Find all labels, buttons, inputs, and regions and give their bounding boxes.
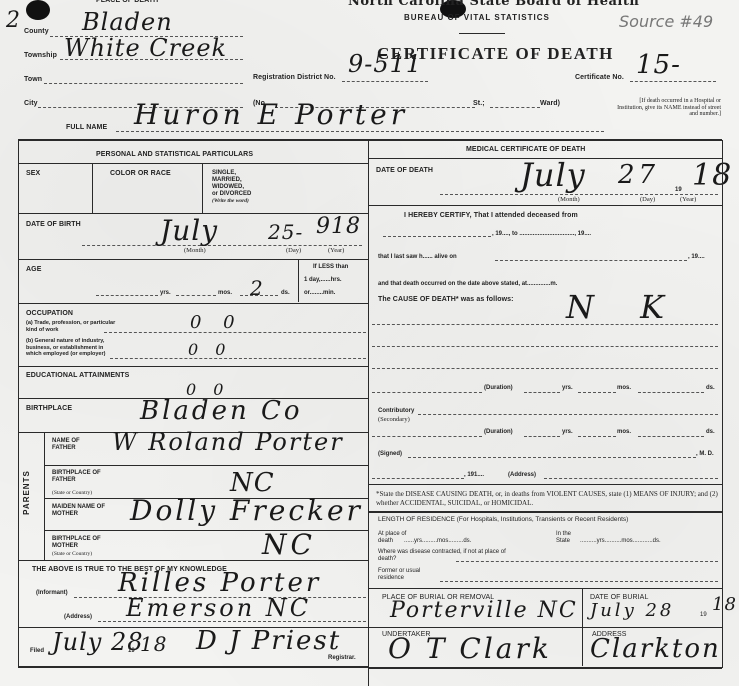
personal-section-title: PERSONAL AND STATISTICAL PARTICULARS xyxy=(96,151,253,158)
undertaker-address-value: Clarkton xyxy=(590,634,721,664)
ward-label: Ward) xyxy=(540,100,560,107)
town-label: Town xyxy=(24,76,42,83)
registration-district-value: 9-511 xyxy=(348,50,422,78)
center-divider xyxy=(368,140,369,686)
mother-birthplace-label: BIRTHPLACE OF MOTHER xyxy=(52,536,116,550)
county-value: Bladen xyxy=(82,8,173,36)
father-birthplace-note: (State or Country) xyxy=(52,490,92,496)
dob-month-caption: (Month) xyxy=(184,247,206,254)
dod-year-value: 18 xyxy=(692,158,732,193)
less-than-label: If LESS than xyxy=(313,264,348,271)
md-label: , M. D. xyxy=(696,451,714,458)
residence-title: LENGTH OF RESIDENCE (For Hospitals, Inst… xyxy=(378,516,628,523)
marital-status-label: SINGLE, MARRIED, WIDOWED, or DIVORCED (W… xyxy=(212,170,251,205)
filed-year-value: 18 xyxy=(140,632,167,656)
dob-day-caption: (Day) xyxy=(286,247,301,254)
age-ds-label: ds. xyxy=(281,290,290,297)
mother-name-label: MAIDEN NAME OF MOTHER xyxy=(52,504,116,518)
birthplace-value: Bladen Co xyxy=(140,396,303,426)
date-of-birth-label: DATE OF BIRTH xyxy=(26,221,81,228)
occurred-text: and that death occurred on the date abov… xyxy=(378,281,557,288)
less-min-label: or........min. xyxy=(304,290,335,297)
medical-section-title: MEDICAL CERTIFICATE OF DEATH xyxy=(466,146,585,153)
township-label: Township xyxy=(24,52,57,59)
burial-year-value: 18 xyxy=(712,594,737,615)
at-place-fields: ......yrs.........mos.........ds. xyxy=(404,538,471,545)
header-divider xyxy=(18,139,722,141)
father-name-value: W Roland Porter xyxy=(112,428,344,456)
dob-year-caption: (Year) xyxy=(328,247,344,254)
certificate-no-value: 15- xyxy=(636,50,681,80)
former-residence-label: Former or usual residence xyxy=(378,568,438,582)
burial-date-value: July 28 xyxy=(590,600,674,621)
duration-label-1: (Duration) xyxy=(484,385,513,392)
filed-label: Filed xyxy=(30,648,44,655)
last-saw-year: , 19.... xyxy=(688,254,705,261)
duration-mos-2: mos. xyxy=(617,429,631,436)
age-label: AGE xyxy=(26,266,41,273)
in-state-fields: ..........yrs..........mos............ds… xyxy=(580,538,661,545)
certificate-no-label: Certificate No. xyxy=(575,74,624,81)
full-name-value: Huron E Porter xyxy=(134,98,408,131)
mother-name-value: Dolly Frecker xyxy=(130,494,363,527)
dod-year-caption: (Year) xyxy=(680,196,696,203)
birthplace-label: BIRTHPLACE xyxy=(26,405,72,412)
occupation-b-label: (b) General nature of industry, business… xyxy=(26,338,118,358)
signed-label: (Signed) xyxy=(378,451,402,458)
registration-district-label: Registration District No. xyxy=(253,74,336,81)
informant-label: (Informant) xyxy=(36,590,68,597)
dod-month-caption: (Month) xyxy=(558,196,580,203)
death-certificate-document: 2 PLACE OF DEATH North Carolina State Bo… xyxy=(0,0,739,686)
age-mos-label: mos. xyxy=(218,290,232,297)
bureau-rule xyxy=(459,33,505,34)
less-day-label: 1 day,......hrs. xyxy=(304,277,342,284)
color-race-label: COLOR OR RACE xyxy=(110,170,171,177)
occupation-label: OCCUPATION xyxy=(26,310,73,317)
registrar-label: Registrar. xyxy=(328,655,356,662)
dob-year-value: 918 xyxy=(316,214,361,239)
filed-year-prefix: 19 xyxy=(128,648,135,655)
full-name-label: FULL NAME xyxy=(66,124,107,131)
dob-day-value: 25- xyxy=(268,220,303,244)
mother-birthplace-note: (State or Country) xyxy=(52,551,92,557)
duration-yrs-2: yrs. xyxy=(562,429,573,436)
dod-month-value: July xyxy=(520,156,586,194)
year-191-label: , 191.... xyxy=(464,472,484,479)
street-label: St.; xyxy=(473,100,485,107)
father-name-label: NAME OF FATHER xyxy=(52,438,102,452)
undertaker-value: O T Clark xyxy=(388,632,552,665)
dod-day-caption: (Day) xyxy=(640,196,655,203)
punch-hole-left xyxy=(26,0,50,20)
parents-label: PARENTS xyxy=(22,470,31,515)
duration-ds-2: ds. xyxy=(706,429,715,436)
duration-ds-1: ds. xyxy=(706,385,715,392)
registrar-signature: D J Priest xyxy=(196,626,341,656)
certify-text: I HEREBY CERTIFY, That I attended deceas… xyxy=(404,212,578,219)
physician-address-label: (Address) xyxy=(508,472,536,479)
right-border xyxy=(722,140,723,668)
dod-year-prefix: 19 xyxy=(675,187,682,194)
city-label: City xyxy=(24,100,38,107)
secondary-label: (Secondary) xyxy=(378,416,410,423)
sex-label: SEX xyxy=(26,170,40,177)
contributory-label: Contributory xyxy=(378,408,414,415)
education-label: EDUCATIONAL ATTAINMENTS xyxy=(26,372,129,379)
left-border xyxy=(18,140,19,668)
bureau-title: BUREAU OF VITAL STATISTICS xyxy=(404,13,550,22)
informant-address-value: Emerson NC xyxy=(126,594,311,622)
dod-day-value: 27 xyxy=(618,160,659,190)
informant-address-label: (Address) xyxy=(64,614,92,621)
father-birthplace-label: BIRTHPLACE OF FATHER xyxy=(52,470,112,484)
burial-year-prefix: 19 xyxy=(700,612,707,619)
cause-of-death-value: N K xyxy=(566,288,682,326)
cause-of-death-label: The CAUSE OF DEATH* was as follows: xyxy=(378,296,514,303)
duration-label-2: (Duration) xyxy=(484,429,513,436)
duration-yrs-1: yrs. xyxy=(562,385,573,392)
margin-mark: 2 xyxy=(6,8,21,33)
state-board-title: North Carolina State Board of Health xyxy=(348,0,639,9)
hospital-note: [If death occurred in a Hospital or Inst… xyxy=(617,98,721,118)
occupation-b-value: 0 0 xyxy=(188,340,231,359)
in-state-label: In the State xyxy=(556,531,582,545)
mother-birthplace-value: NC xyxy=(262,528,316,561)
last-saw-text: that I last saw h...... alive on xyxy=(378,254,457,261)
date-of-death-label: DATE OF DEATH xyxy=(376,167,433,174)
burial-place-value: Porterville NC xyxy=(390,598,578,623)
footnote: *State the DISEASE CAUSING DEATH, or, in… xyxy=(376,490,720,508)
attended-line: , 19...., to ...........................… xyxy=(492,231,591,238)
county-label: County xyxy=(24,28,49,35)
occupation-a-value: 0 0 xyxy=(190,312,243,333)
duration-mos-1: mos. xyxy=(617,385,631,392)
source-note: Source #49 xyxy=(619,12,713,31)
place-of-death-label: PLACE OF DEATH xyxy=(96,0,158,4)
age-days-value: 2 xyxy=(250,276,264,300)
age-yrs-label: yrs. xyxy=(160,290,171,297)
township-value: White Creek xyxy=(64,34,227,62)
dob-month-value: July xyxy=(160,214,218,247)
